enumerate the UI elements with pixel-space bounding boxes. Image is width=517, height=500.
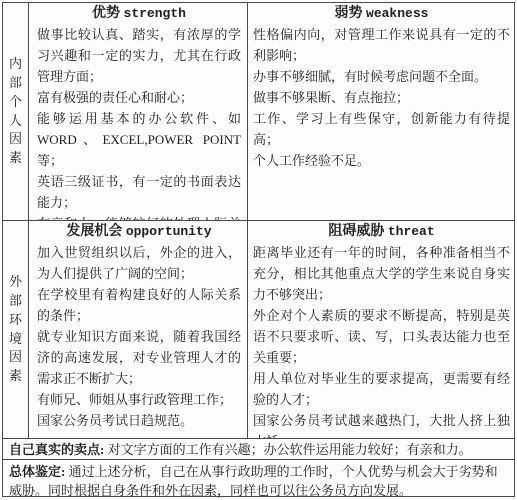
threat-item: 外企对个人素质的要求不断提高，特别是英语不只要求听、读、写，口头表达能力也至关重… [253, 305, 510, 368]
strength-item: 富有极强的责任心和耐心； [37, 87, 241, 108]
strength-item: 能够运用基本的办公软件、如 WORD、EXCEL,POWER POINT 等； [37, 108, 241, 171]
threat-title-zh: 阻碍威胁 [328, 224, 384, 239]
document-page: 内部个人因素 优势 strength 做事比较认真、踏实，有浓厚的学习兴趣和一定… [0, 0, 517, 500]
external-factors-row: 外部环境因素 发展机会 opportunity 加入世贸组织以后，外企的进入，为… [3, 221, 514, 439]
opportunity-item: 就专业知识方面来说，随着我国经济的高速发展，对专业管理人才的需求正不断扩大； [37, 326, 241, 389]
threat-item: 国家公务员考试越来越热门，大批人挤上独木桥。 [253, 410, 510, 438]
weakness-item: 性格偏内向，对管理工作来说具有一定的不利影响； [253, 24, 510, 66]
threat-item: 用人单位对毕业生的要求提高，更需要有经验的人才； [253, 368, 510, 410]
strength-item: 有亲和力，能够较好的处理人际关系。 [37, 213, 241, 220]
opportunity-item: 国家公务员考试日趋规范。 [37, 410, 241, 431]
opportunity-item: 加入世贸组织以后，外企的进入，为人们提供了广阔的空间； [37, 242, 241, 284]
threat-title-en: threat [388, 224, 435, 239]
strength-item: 做事比较认真、踏实，有浓厚的学习兴趣和一定的实力，尤其在行政管理方面； [37, 24, 241, 87]
selling-points-label: 自己真实的卖点: [9, 442, 104, 457]
weakness-item: 工作、学习上有些保守，创新能力有待提高； [253, 108, 510, 150]
row-label-external: 外部环境因素 [3, 221, 29, 438]
strength-cell: 优势 strength 做事比较认真、踏实，有浓厚的学习兴趣和一定的实力，尤其在… [29, 3, 248, 220]
overall-appraisal-label: 总体鉴定: [9, 464, 65, 479]
strength-title: 优势 strength [37, 4, 241, 24]
overall-appraisal-value: 通过上述分析，自己在从事行政助理的工作时，个人优势与机会大于劣势和威胁。同时根据… [9, 464, 498, 498]
selling-points-row: 自己真实的卖点: 对文字方面的工作有兴趣；办公软件运用能力较好；有亲和力。 [3, 439, 514, 460]
selling-points-value: 对文字方面的工作有兴趣；办公软件运用能力较好；有亲和力。 [108, 442, 472, 457]
weakness-item: 个人工作经验不足。 [253, 150, 510, 171]
opportunity-title-en: opportunity [126, 224, 212, 239]
weakness-title: 弱势 weakness [253, 4, 510, 24]
opportunity-item: 在学校里有着构建良好的人际关系的条件； [37, 284, 241, 326]
weakness-title-zh: 弱势 [335, 6, 363, 21]
opportunity-title-zh: 发展机会 [66, 224, 122, 239]
threat-title: 阻碍威胁 threat [253, 222, 510, 242]
row-label-internal-text: 内部个人因素 [9, 55, 23, 168]
threat-cell: 阻碍威胁 threat 距离毕业还有一年的时间，各种准备相当不充分，相比其他重点… [248, 221, 514, 438]
opportunity-title: 发展机会 opportunity [37, 222, 241, 242]
weakness-item: 办事不够细腻，有时候考虑问题不全面。 [253, 66, 510, 87]
swot-table: 内部个人因素 优势 strength 做事比较认真、踏实，有浓厚的学习兴趣和一定… [2, 2, 515, 497]
row-label-internal: 内部个人因素 [3, 3, 29, 220]
row-label-external-text: 外部环境因素 [9, 273, 23, 386]
threat-item: 距离毕业还有一年的时间，各种准备相当不充分，相比其他重点大学的学生来说自身实力不… [253, 242, 510, 305]
selling-points-text: 自己真实的卖点: 对文字方面的工作有兴趣；办公软件运用能力较好；有亲和力。 [9, 440, 472, 459]
weakness-item: 做事不够果断、有点拖拉； [253, 87, 510, 108]
strength-title-en: strength [124, 6, 186, 21]
strength-title-zh: 优势 [92, 6, 120, 21]
weakness-cell: 弱势 weakness 性格偏内向，对管理工作来说具有一定的不利影响； 办事不够… [248, 3, 514, 220]
opportunity-cell: 发展机会 opportunity 加入世贸组织以后，外企的进入，为人们提供了广阔… [29, 221, 248, 438]
strength-item: 英语三级证书，有一定的书面表达能力； [37, 171, 241, 213]
weakness-title-en: weakness [366, 6, 428, 21]
internal-factors-row: 内部个人因素 优势 strength 做事比较认真、踏实，有浓厚的学习兴趣和一定… [3, 3, 514, 221]
overall-appraisal-row: 总体鉴定: 通过上述分析，自己在从事行政助理的工作时，个人优势与机会大于劣势和威… [3, 460, 514, 500]
opportunity-item: 有师兄、师姐从事行政管理工作； [37, 389, 241, 410]
